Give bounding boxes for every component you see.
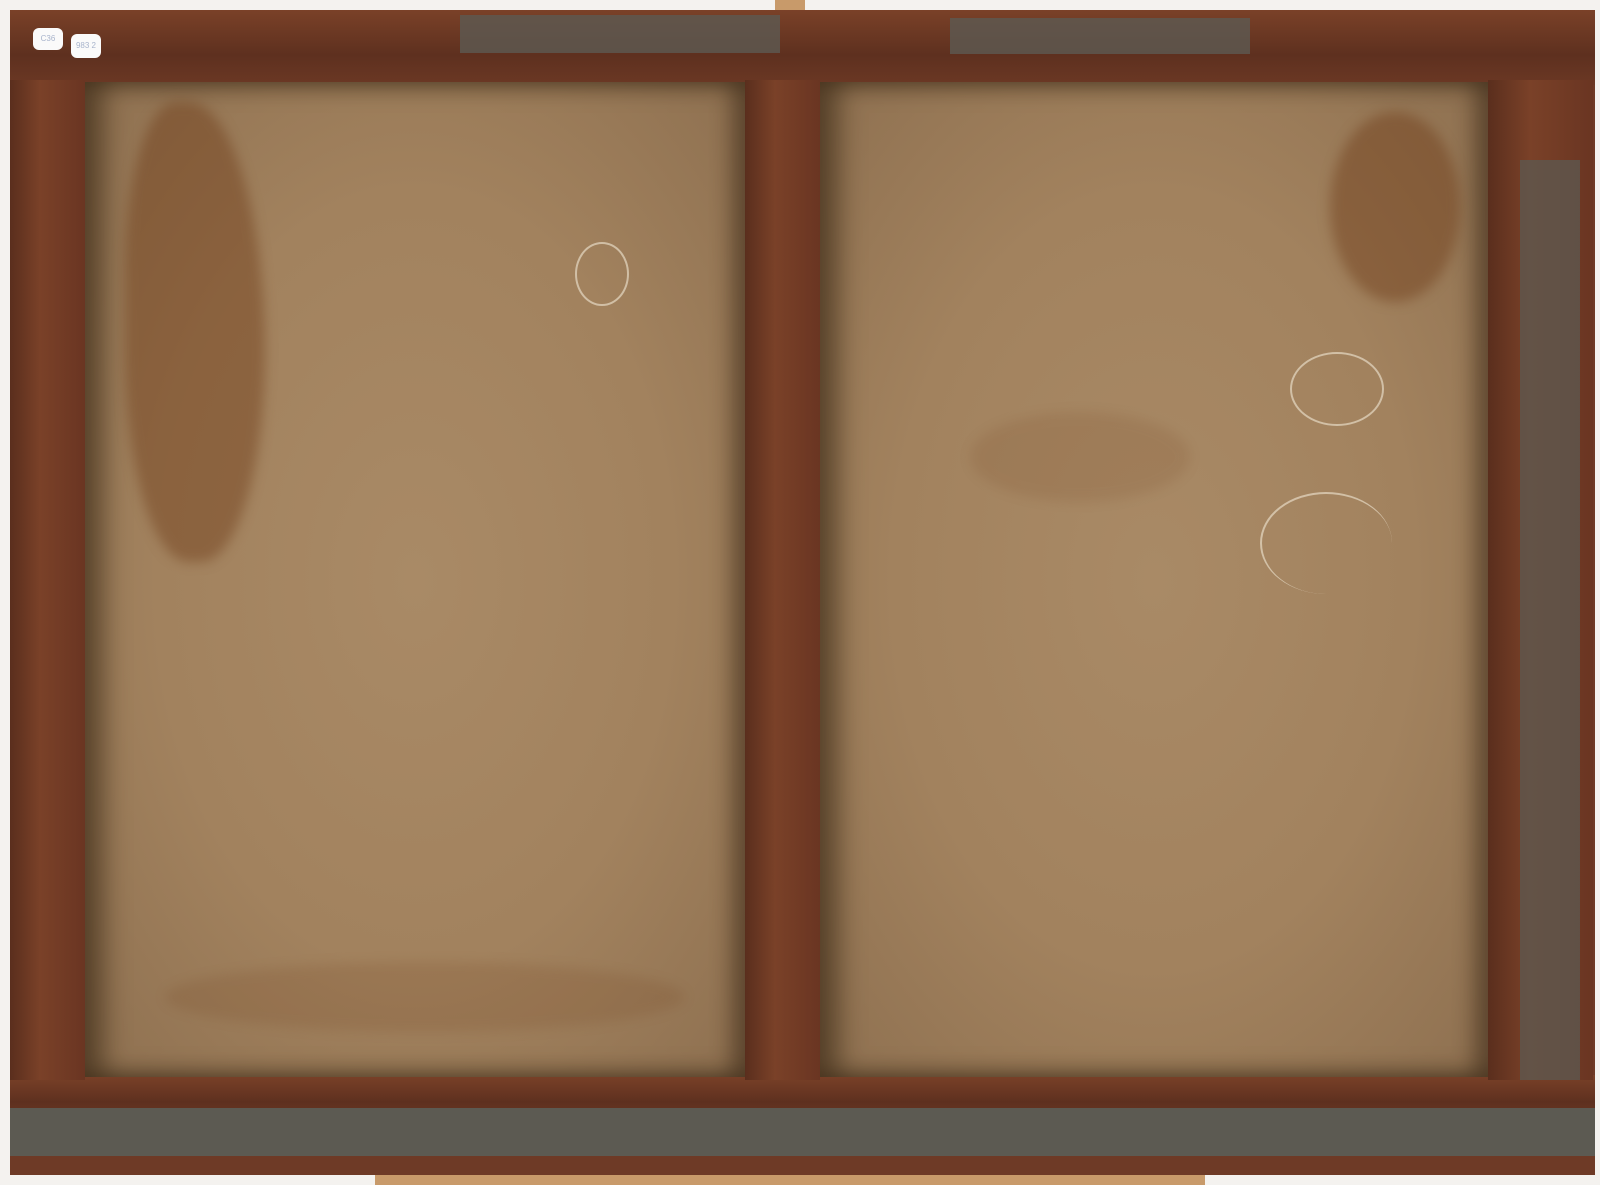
painting-back-photo: C36 983 2 [0,0,1600,1185]
right-gray-paint [1520,160,1580,1080]
top-rail [10,10,1595,85]
inventory-label-2: 983 2 [71,34,101,58]
canvas-left-panel [85,82,745,1077]
inventory-label-1: C36 [33,28,63,50]
chalk-mark-left [575,242,629,306]
chalk-mark-right-1 [1290,352,1384,426]
bottom-gray-paint [10,1108,1595,1156]
stretcher-frame [10,10,1595,1175]
chalk-mark-right-2 [1260,492,1392,594]
water-stain-top-right [1330,112,1460,302]
top-gray-paint-2 [950,18,1250,54]
top-gray-paint [460,15,780,53]
water-stain-bottom [165,962,685,1032]
left-stile [10,80,85,1080]
canvas-right-panel [820,82,1488,1077]
water-stain-left [125,102,265,562]
stain-mid [970,412,1190,502]
center-crossbar [745,80,820,1080]
